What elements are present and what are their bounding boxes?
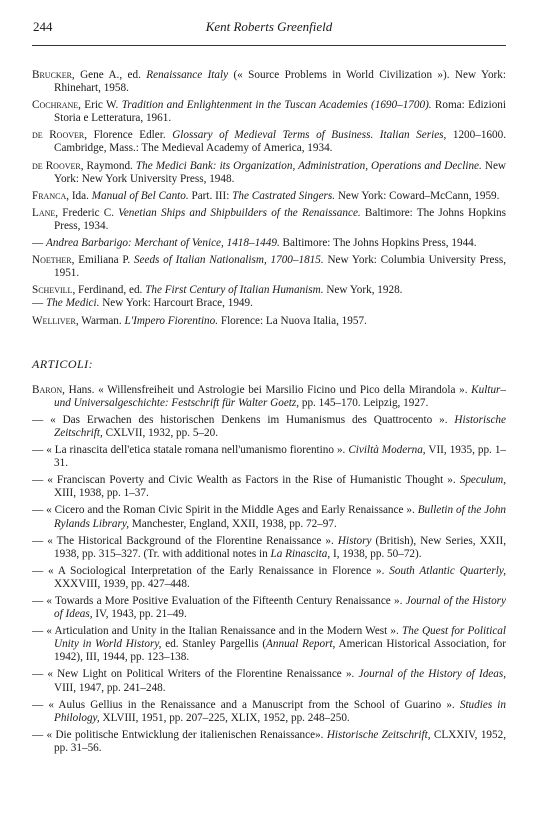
- page-header: 244 Kent Roberts Greenfield: [32, 14, 506, 36]
- section-heading: ARTICOLI:: [32, 358, 506, 371]
- bibliography-entry: — « New Light on Political Writers of th…: [32, 668, 506, 694]
- document-page: 244 Kent Roberts Greenfield Brucker, Gen…: [32, 14, 506, 759]
- bibliography-entry: Welliver, Warman. L'Impero Fiorentino. F…: [32, 315, 506, 328]
- running-title: Kent Roberts Greenfield: [32, 20, 506, 33]
- bibliography-entry: — « The Historical Background of the Flo…: [32, 535, 506, 561]
- bibliography-entry: de Roover, Florence Edler. Glossary of M…: [32, 129, 506, 155]
- bibliography-entry: de Roover, Raymond. The Medici Bank: its…: [32, 160, 506, 186]
- bibliography-entry: — The Medici. New York: Harcourt Brace, …: [32, 297, 506, 310]
- bibliography-entry: — « Die politische Entwicklung der itali…: [32, 729, 506, 755]
- bibliography-entry: — « Cicero and the Roman Civic Spirit in…: [32, 504, 506, 530]
- bibliography-entry: Lane, Frederic C. Venetian Ships and Shi…: [32, 207, 506, 233]
- bibliography-entry: — « Articulation and Unity in the Italia…: [32, 625, 506, 664]
- bibliography-entry: — « A Sociological Interpretation of the…: [32, 565, 506, 591]
- header-rule: [32, 45, 506, 46]
- bibliography-entry: Noether, Emiliana P. Seeds of Italian Na…: [32, 254, 506, 280]
- bibliography-entry: — « Das Erwachen des historischen Denken…: [32, 414, 506, 440]
- bibliography-entry: — « Franciscan Poverty and Civic Wealth …: [32, 474, 506, 500]
- bibliography-entry: Schevill, Ferdinand, ed. The First Centu…: [32, 284, 506, 297]
- bibliography-entry: — « La rinascita dell'etica statale roma…: [32, 444, 506, 470]
- bibliography-entry: Franca, Ida. Manual of Bel Canto. Part. …: [32, 190, 506, 203]
- bibliography-entry: — Andrea Barbarigo: Merchant of Venice, …: [32, 237, 506, 250]
- bibliography-entry: Cochrane, Eric W. Tradition and Enlighte…: [32, 99, 506, 125]
- bibliography-entry: — « Aulus Gellius in the Renaissance and…: [32, 699, 506, 725]
- article-list: Baron, Hans. « Willensfreiheit und Astro…: [32, 384, 506, 755]
- bibliography-entry: — « Towards a More Positive Evaluation o…: [32, 595, 506, 621]
- book-list: Brucker, Gene A., ed. Renaissance Italy …: [32, 69, 506, 328]
- bibliography-entry: Brucker, Gene A., ed. Renaissance Italy …: [32, 69, 506, 95]
- bibliography-entry: Baron, Hans. « Willensfreiheit und Astro…: [32, 384, 506, 410]
